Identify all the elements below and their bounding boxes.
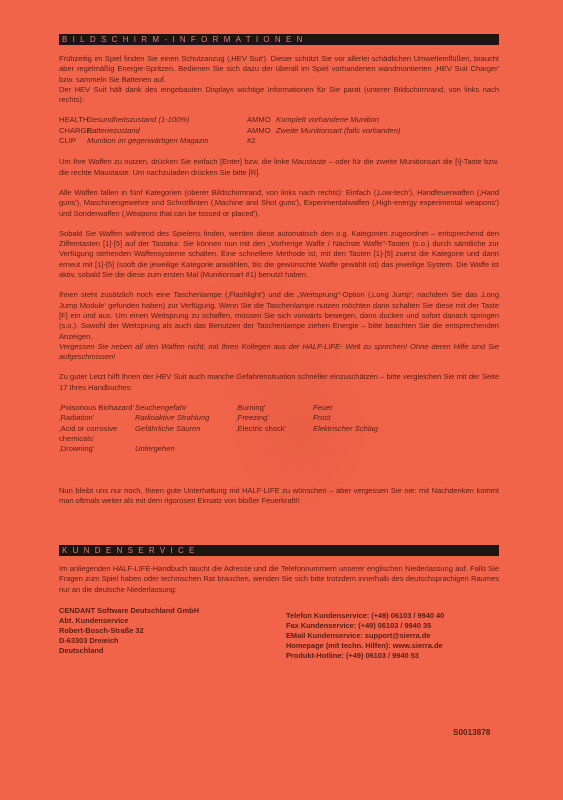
email-line: EMail Kundenservice: support@sierra.de	[286, 631, 499, 641]
contact-details: Telefon Kundenservice: (+49) 06103 / 994…	[286, 606, 499, 661]
hazard-en: ‚Freezing'	[236, 413, 313, 423]
hazard-de: Radioaktive Strahlung	[135, 413, 236, 423]
hev-intro-paragraph: Frühzeitig im Spiel finden Sie einen Sch…	[59, 54, 499, 85]
flashlight-paragraph: Ihnen steht zusätzlich noch eine Taschen…	[59, 290, 499, 341]
address-line: Abt. Kundenservice	[59, 616, 286, 626]
hud-key: AMMO #2	[247, 126, 276, 147]
manual-page: BILDSCHIRM-INFORMATIONEN Frühzeitig im S…	[59, 0, 499, 661]
hazard-de: Gefährliche Säuren	[135, 424, 236, 445]
service-intro-paragraph: Im anliegenden HALF-LIFE-Handbuch taucht…	[59, 564, 499, 595]
section-heading-customer-service: KUNDENSERVICE	[59, 545, 499, 556]
hotline-line: Produkt-Hotline: (+49) 06103 / 9940 53	[286, 651, 499, 661]
hazard-table: ‚Poisonous Biohazard' Seuchengefahr ‚Bur…	[59, 403, 499, 454]
hud-key: HEALTH	[59, 115, 87, 125]
hud-value: Batteriezustand	[87, 126, 247, 136]
hud-value: Munition im gegenwärtigen Magazin	[87, 136, 247, 146]
hud-value: Gesundheitszustand (1-100%)	[87, 115, 247, 125]
hud-key: AMMO	[247, 115, 276, 125]
fax-line: Fax Kundenservice: (+49) 06103 / 9940 35	[286, 621, 499, 631]
hazard-en	[236, 444, 313, 454]
address-line: D-63303 Dreieich	[59, 636, 286, 646]
address-line: Deutschland	[59, 646, 286, 656]
hazard-de: Elektrischer Schlag	[313, 424, 433, 445]
address-line: CENDANT Software Deutschland GmbH	[59, 606, 286, 616]
postal-address: CENDANT Software Deutschland GmbH Abt. K…	[59, 606, 286, 661]
hud-value: Zweite Munitionsart (falls vorhanden)	[276, 126, 436, 136]
hazard-en: ‚Radiation'	[59, 413, 135, 423]
hazard-en: ‚Poisonous Biohazard'	[59, 403, 135, 413]
hazard-de	[313, 444, 433, 454]
colleagues-note: Vergessen Sie neben all den Waffen nicht…	[59, 342, 499, 363]
closing-paragraph: Nun bleibt uns nur noch, Ihnen gute Unte…	[59, 486, 499, 507]
hud-key: CHARGE	[59, 126, 87, 136]
hazard-en: ‚Burning'	[236, 403, 313, 413]
phone-line: Telefon Kundenservice: (+49) 06103 / 994…	[286, 611, 499, 621]
hazard-en: ‚Drowning'	[59, 444, 135, 454]
address-line: Robert-Bosch-Straße 32	[59, 626, 286, 636]
hazard-en: ‚Acid or corrosive chemicals'	[59, 424, 135, 445]
hazard-de: Feuer	[313, 403, 433, 413]
hazard-de: Untergehen	[135, 444, 236, 454]
contact-block: CENDANT Software Deutschland GmbH Abt. K…	[59, 606, 499, 661]
hev-display-paragraph: Der HEV Suit hält dank des eingebauten D…	[59, 85, 499, 106]
hazard-de: Seuchengefahr	[135, 403, 236, 413]
hud-value: Komplett vorhandene Munition	[276, 115, 436, 125]
product-code: S0013878	[453, 728, 490, 738]
hud-legend: HEALTH CHARGE CLIP Gesundheitszustand (1…	[59, 115, 499, 146]
homepage-line: Homepage (mit techn. Hilfen): www.sierra…	[286, 641, 499, 651]
hazards-intro-paragraph: Zu guter Letzt hilft Ihnen der HEV Suit …	[59, 372, 499, 393]
weapon-categories-paragraph: Alle Waffen fallen in fünf Kategorien (o…	[59, 188, 499, 219]
hud-key: CLIP	[59, 136, 87, 146]
hazard-en: ‚Electric shock'	[236, 424, 313, 445]
section-heading-screen-info: BILDSCHIRM-INFORMATIONEN	[59, 34, 499, 45]
weapons-use-paragraph: Um Ihre Waffen zu nutzen, drücken Sie ei…	[59, 157, 499, 178]
hazard-de: Frost	[313, 413, 433, 423]
weapon-selection-paragraph: Sobald Sie Waffen während des Spielens f…	[59, 229, 499, 280]
